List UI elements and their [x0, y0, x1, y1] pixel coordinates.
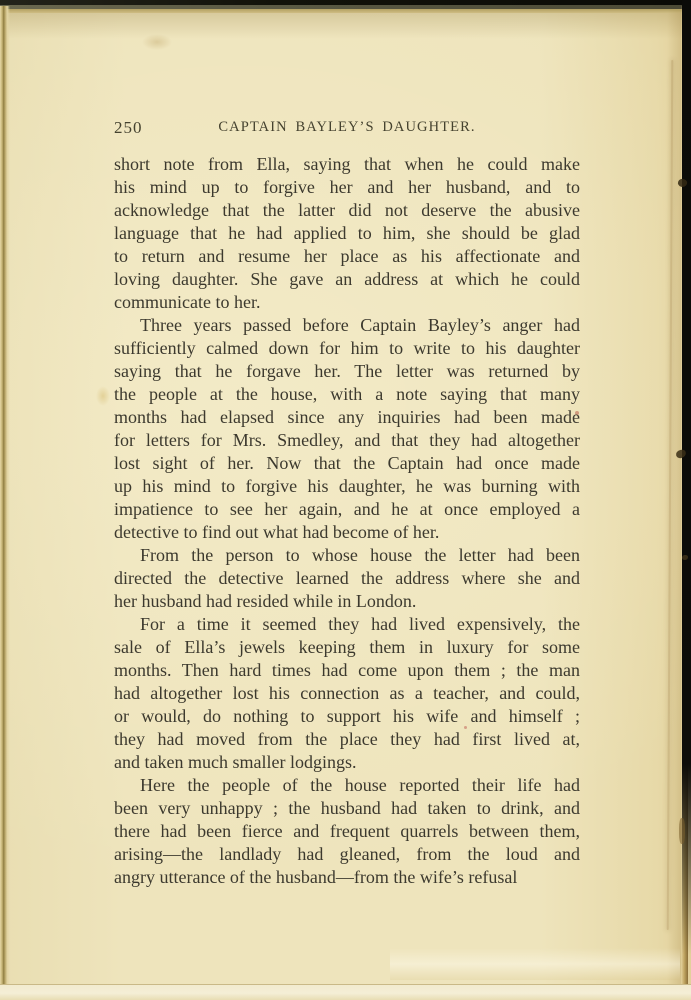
bottom-page-showthrough — [390, 948, 680, 980]
text-line: sufficiently calmed down for him to writ… — [114, 337, 580, 360]
left-page-fold-edge — [0, 6, 10, 988]
text-line: acknowledge that the latter did not dese… — [114, 199, 580, 222]
text-line: been very unhappy ; the husband had take… — [114, 797, 580, 820]
bottom-page-edge — [0, 984, 691, 1000]
text-line: Three years passed before Captain Bayley… — [114, 314, 580, 337]
paper-stain — [142, 34, 172, 50]
text-line: had altogether lost his connection as a … — [114, 682, 580, 705]
running-title: CAPTAIN BAYLEY’S DAUGHTER. — [114, 119, 580, 136]
text-line: arising—the landlady had gleaned, from t… — [114, 843, 580, 866]
text-line: Here the people of the house reported th… — [114, 774, 580, 797]
text-line: For a time it seemed they had lived expe… — [114, 613, 580, 636]
text-line: detective to find out what had become of… — [114, 521, 580, 544]
scan-right-black-edge — [682, 0, 691, 955]
text-line: From the person to whose house the lette… — [114, 544, 580, 567]
text-line: they had moved from the place they had f… — [114, 728, 580, 751]
top-edge-shadow — [0, 13, 691, 39]
text-line: and taken much smaller lodgings. — [114, 751, 580, 774]
text-line: her husband had resided while in London. — [114, 590, 580, 613]
text-line: impatience to see her again, and he at o… — [114, 498, 580, 521]
text-line: sale of Ella’s jewels keeping them in lu… — [114, 636, 580, 659]
text-line: there had been fierce and frequent quarr… — [114, 820, 580, 843]
text-line: saying that he forgave her. The letter w… — [114, 360, 580, 383]
text-line: communicate to her. — [114, 291, 580, 314]
text-line: lost sight of her. Now that the Captain … — [114, 452, 580, 475]
text-line: the people at the house, with a note say… — [114, 383, 580, 406]
text-line: up his mind to forgive his daughter, he … — [114, 475, 580, 498]
text-line: to return and resume her place as his af… — [114, 245, 580, 268]
text-line: directed the detective learned the addre… — [114, 567, 580, 590]
text-line: short note from Ella, saying that when h… — [114, 153, 580, 176]
text-line: months. Then hard times had come upon th… — [114, 659, 580, 682]
page-header: 250 CAPTAIN BAYLEY’S DAUGHTER. — [114, 118, 580, 138]
text-line: loving daughter. She gave an address at … — [114, 268, 580, 291]
page-edge-speck — [679, 818, 685, 844]
text-line: months had elapsed since any inquiries h… — [114, 406, 580, 429]
text-line: for letters for Mrs. Smedley, and that t… — [114, 429, 580, 452]
text-line: angry utterance of the husband—from the … — [114, 866, 580, 889]
page-text: short note from Ella, saying that when h… — [114, 153, 580, 889]
text-line: language that he had applied to him, she… — [114, 222, 580, 245]
paper-stain — [96, 386, 110, 406]
book-page-scan: 250 CAPTAIN BAYLEY’S DAUGHTER. short not… — [0, 0, 691, 1000]
text-line: his mind up to forgive her and her husba… — [114, 176, 580, 199]
text-line: or would, do nothing to support his wife… — [114, 705, 580, 728]
